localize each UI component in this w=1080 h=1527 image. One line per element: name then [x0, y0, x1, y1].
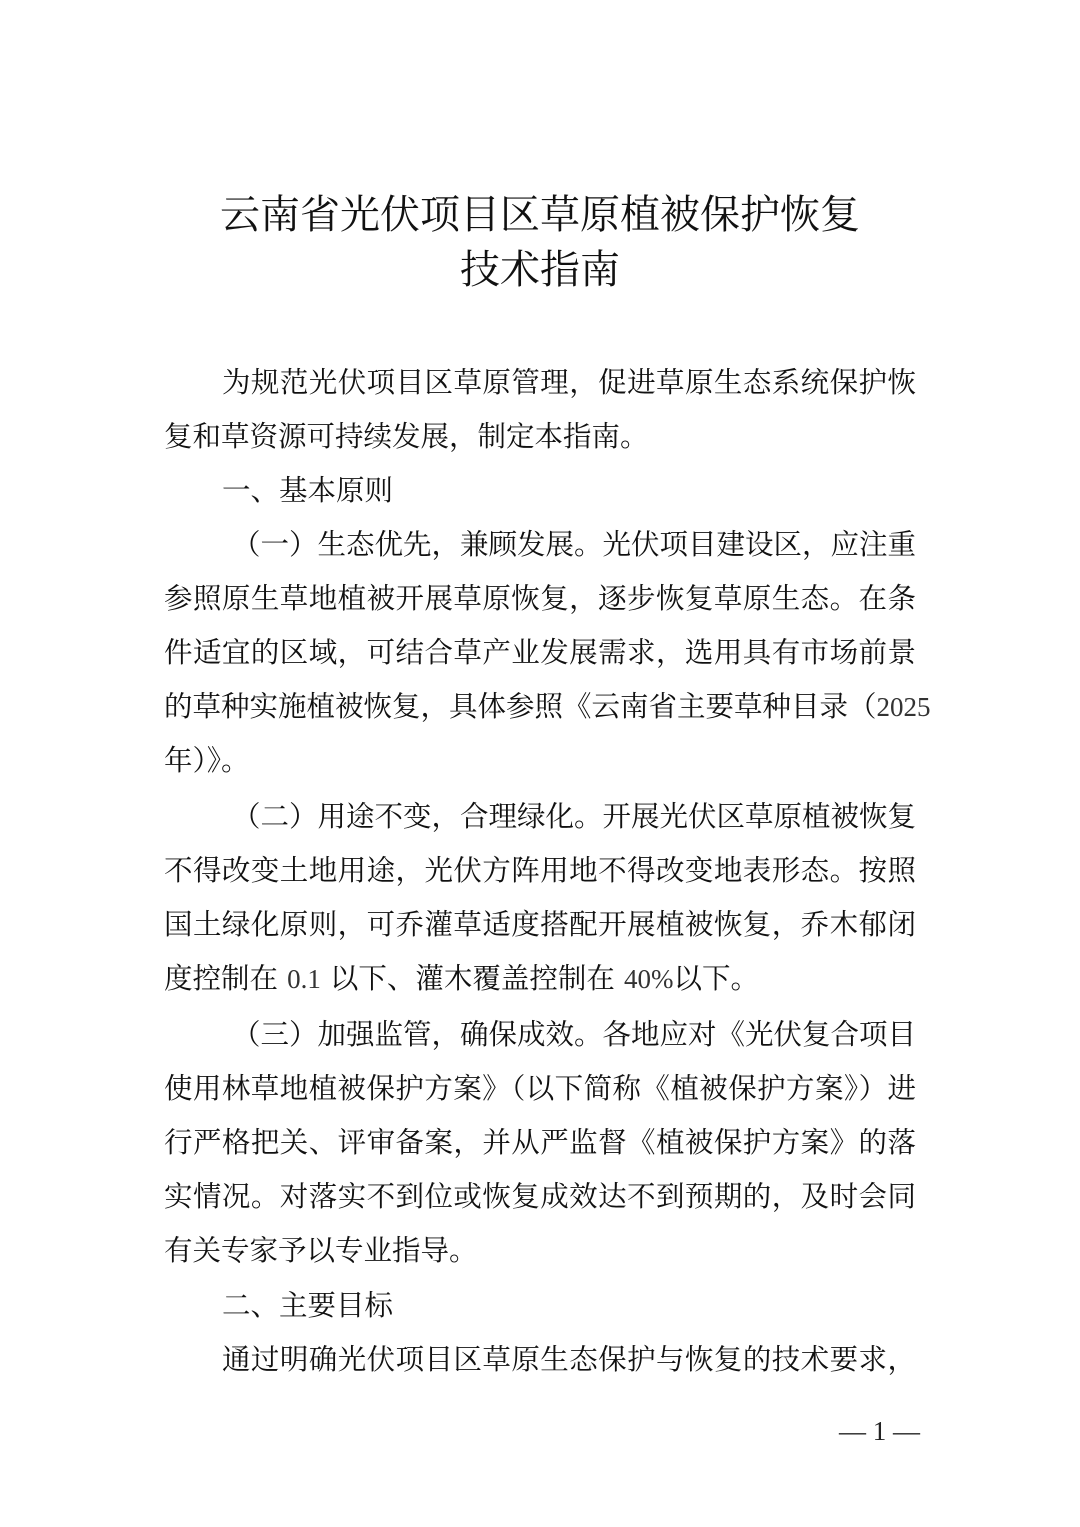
body-text-line: 不得改变土地用途，光伏方阵用地不得改变地表形态。按照	[164, 851, 916, 891]
body-text-line: 件适宜的区域，可结合草产业发展需求，选用具有市场前景	[164, 633, 916, 673]
body-text-line: 复和草资源可持续发展，制定本指南。	[164, 417, 916, 457]
body-text-line: 年）》。	[164, 741, 916, 781]
body-text-line: 的草种实施植被恢复，具体参照《云南省主要草种目录（2025	[164, 687, 916, 727]
body-text-line: 为规范光伏项目区草原管理，促进草原生态系统保护恢	[222, 363, 916, 403]
body-text-line: 国土绿化原则，可乔灌草适度搭配开展植被恢复，乔木郁闭	[164, 905, 916, 945]
body-text-line: 实情况。对落实不到位或恢复成效达不到预期的，及时会同	[164, 1177, 916, 1217]
document-title-line-2: 技术指南	[0, 242, 1080, 298]
body-text-line: 使用林草地植被保护方案》（以下简称《植被保护方案》）进	[164, 1069, 916, 1109]
page-number: — 1 —	[820, 1414, 920, 1448]
numeric-value: 40%	[624, 964, 674, 994]
body-text-line: 行严格把关、评审备案，并从严监督《植被保护方案》的落	[164, 1123, 916, 1163]
numeric-value: 0.1	[287, 964, 321, 994]
document-page: 云南省光伏项目区草原植被保护恢复 技术指南 为规范光伏项目区草原管理，促进草原生…	[0, 0, 1080, 1527]
body-text-line: （三）加强监管，确保成效。各地应对《光伏复合项目	[232, 1015, 916, 1055]
numeric-value: 2025	[877, 692, 931, 722]
document-title-line-1: 云南省光伏项目区草原植被保护恢复	[0, 187, 1080, 243]
body-text-line: 有关专家予以专业指导。	[164, 1231, 916, 1271]
body-text-line: （一）生态优先，兼顾发展。光伏项目建设区，应注重	[232, 525, 916, 565]
body-text-line: 度控制在 0.1 以下、灌木覆盖控制在 40%以下。	[164, 959, 916, 999]
body-text-line: 通过明确光伏项目区草原生态保护与恢复的技术要求，	[222, 1340, 916, 1380]
body-text-line: 二、主要目标	[222, 1286, 916, 1326]
body-text-line: 一、基本原则	[222, 471, 916, 511]
body-text-line: （二）用途不变，合理绿化。开展光伏区草原植被恢复	[232, 797, 916, 837]
body-text-line: 参照原生草地植被开展草原恢复，逐步恢复草原生态。在条	[164, 579, 916, 619]
